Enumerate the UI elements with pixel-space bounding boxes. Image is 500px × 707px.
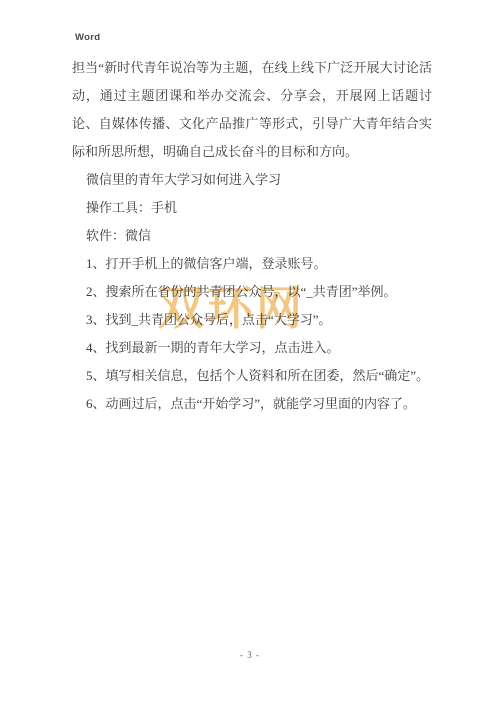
body-paragraph: 担当“新时代青年说冶等为主题，在线上线下广泛开展大讨论活动，通过主题团课和举办交…	[72, 54, 432, 166]
app-label: Word	[75, 32, 100, 43]
step-line: 1、打开手机上的微信客户端，登录账号。	[72, 250, 432, 278]
software-line: 软件：微信	[72, 222, 432, 250]
step-line: 2、搜索所在省份的共青团公众号，以“_共青团”举例。	[72, 278, 432, 306]
document-page: Word 双环网 担当“新时代青年说冶等为主题，在线上线下广泛开展大讨论活动，通…	[0, 0, 500, 364]
document-body: 担当“新时代青年说冶等为主题，在线上线下广泛开展大讨论活动，通过主题团课和举办交…	[72, 54, 432, 418]
step-line: 4、找到最新一期的青年大学习，点击进入。	[72, 334, 432, 362]
step-line: 6、动画过后，点击“开始学习”，就能学习里面的内容了。	[72, 390, 432, 418]
step-line: 5、填写相关信息，包括个人资料和所在团委，然后“确定”。	[72, 362, 432, 390]
step-line: 3、找到_共青团公众号后，点击“大学习”。	[72, 306, 432, 334]
page-number: - 3 -	[0, 650, 500, 660]
tool-line: 操作工具：手机	[72, 194, 432, 222]
section-heading: 微信里的青年大学习如何进入学习	[72, 166, 432, 194]
